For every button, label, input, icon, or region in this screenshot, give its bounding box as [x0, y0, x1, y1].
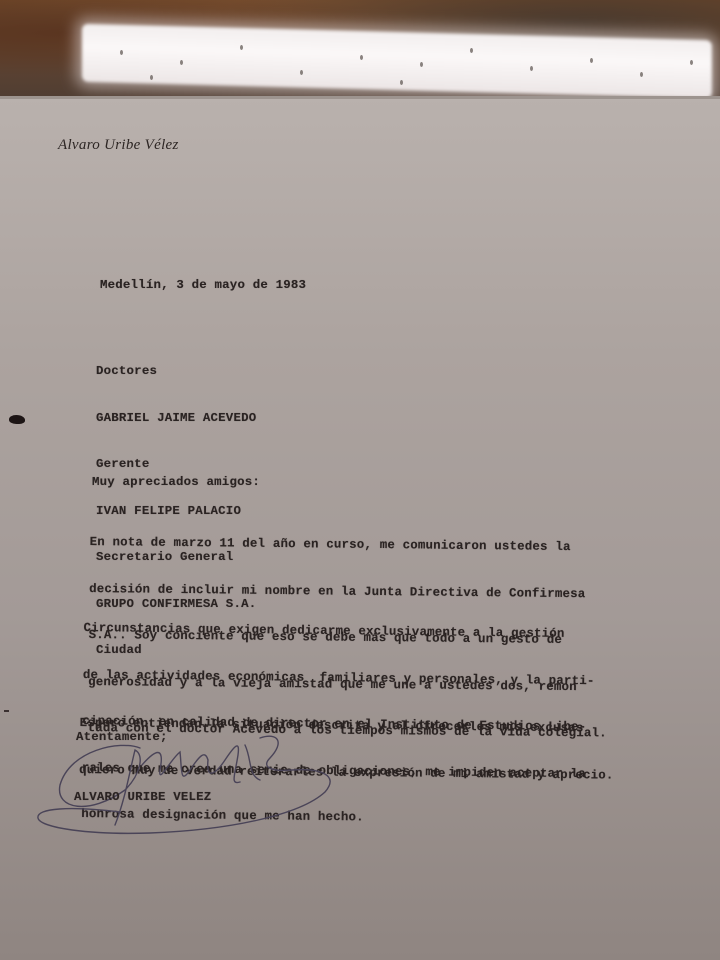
glare-speck — [400, 80, 403, 85]
recipient-line: GABRIEL JAIME ACEVEDO — [96, 411, 256, 427]
glare-speck — [590, 58, 593, 63]
paragraph-line: Circunstancias que exigen dedicarme excl… — [83, 621, 595, 643]
letterhead: Alvaro Uribe Vélez — [58, 137, 179, 154]
glare-speck — [470, 48, 473, 53]
recipient-line: Gerente — [96, 457, 256, 473]
paper-top-edge — [0, 96, 720, 99]
glare-speck — [420, 62, 423, 67]
glare-speck — [150, 75, 153, 80]
glare-speck — [300, 70, 303, 75]
recipient-line: Doctores — [96, 364, 256, 380]
paper-punch-mark — [9, 415, 25, 424]
glare-speck — [120, 50, 123, 55]
paragraph-line: En nota de marzo 11 del año en curso, me… — [90, 535, 609, 556]
date-line: Medellín, 3 de mayo de 1983 — [100, 278, 306, 294]
signer-name: ALVARO URIBE VELEZ — [74, 790, 211, 806]
margin-mark — [4, 710, 9, 712]
glare-speck — [530, 66, 533, 71]
glare-speck — [360, 55, 363, 60]
glare-speck — [240, 45, 243, 50]
glare-speck — [640, 72, 643, 77]
handwritten-signature — [30, 730, 350, 840]
glare-speck — [180, 60, 183, 65]
glare-speck — [690, 60, 693, 65]
salutation: Muy apreciados amigos: — [92, 475, 260, 491]
